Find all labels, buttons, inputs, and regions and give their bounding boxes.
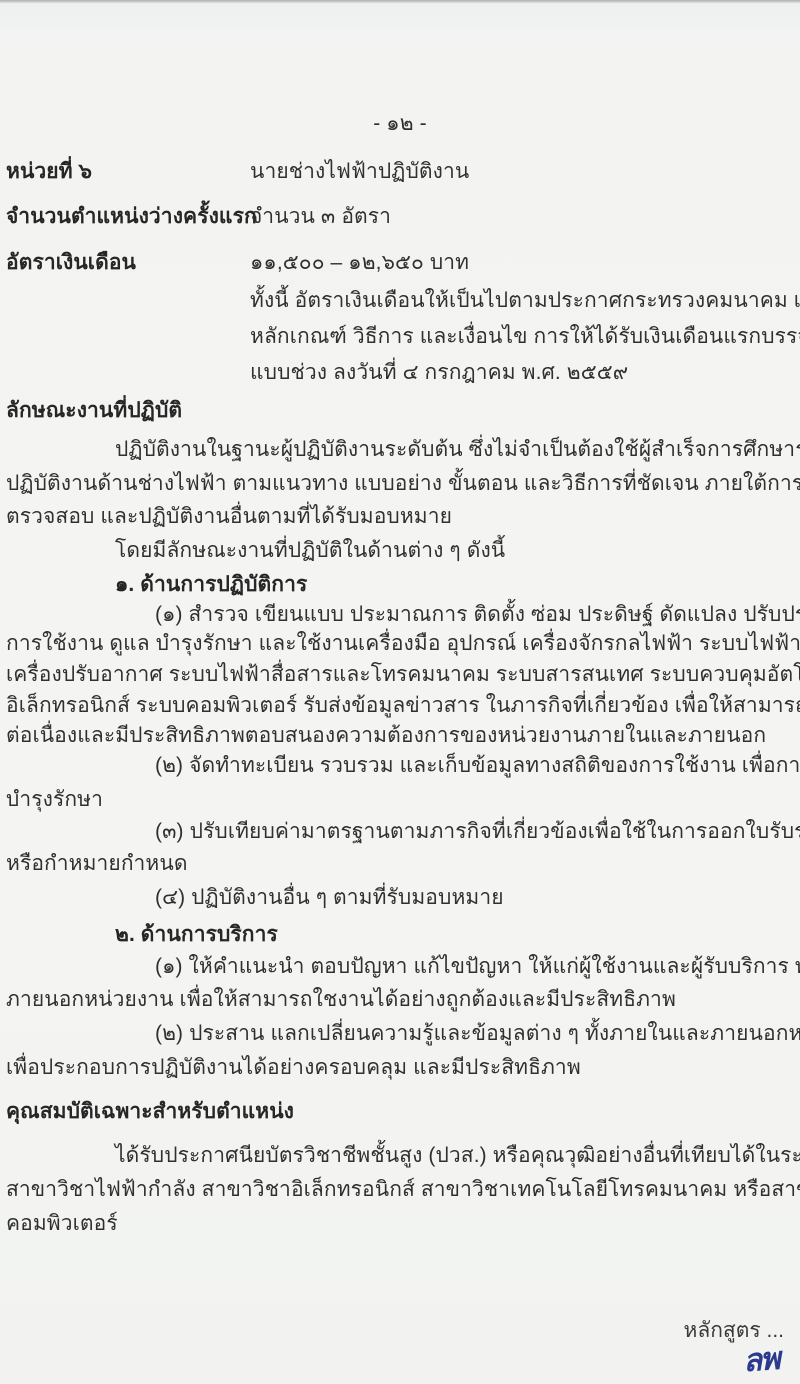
list-item-line: (๓) ปรับเทียบค่ามาตรฐานตามภารกิจที่เกี่ย… — [155, 818, 800, 846]
list-item-line: เพื่อประกอบการปฏิบัติงานได้อย่างครอบคลุม… — [6, 1054, 800, 1082]
list-item-line: ภายนอกหน่วยงาน เพื่อให้สามารถใชงานได้อย่… — [6, 986, 800, 1014]
list-item-line: (๑) ให้คำแนะนำ ตอบปัญหา แก้ไขปัญหา ให้แก… — [155, 953, 800, 981]
list-item-line: ต่อเนื่องและมีประสิทธิภาพตอบสนองความต้อง… — [6, 722, 800, 750]
scanned-document-page: - ๑๒ - หน่วยที่ ๖ นายช่างไฟฟ้าปฏิบัติงาน… — [0, 0, 800, 1384]
body-line: สาขาวิชาไฟฟ้ากำลัง สาขาวิชาอิเล็กทรอนิกส… — [6, 1176, 800, 1204]
position-title: นายช่างไฟฟ้าปฏิบัติงาน — [250, 158, 800, 186]
body-line: คอมพิวเตอร์ — [6, 1210, 800, 1238]
page-number: - ๑๒ - — [0, 110, 800, 138]
section-heading-job-description: ลักษณะงานที่ปฏิบัติ — [6, 397, 800, 425]
salary-note-line: แบบช่วง ลงวันที่ ๔ กรกฎาคม พ.ศ. ๒๕๕๙ — [250, 359, 800, 387]
list-item-line: อิเล็กทรอนิกส์ ระบบคอมพิวเตอร์ รับส่งข้อ… — [6, 692, 800, 720]
list-item-line: การใช้งาน ดูแล บำรุงรักษา และใช้งานเครื่… — [6, 630, 800, 658]
subsection-heading-operational: ๑. ด้านการปฏิบัติการ — [115, 571, 800, 599]
signature-initials: ลพ — [741, 1333, 780, 1384]
salary-note-line: ทั้งนี้ อัตราเงินเดือนให้เป็นไปตามประกาศ… — [250, 287, 800, 315]
body-line: โดยมีลักษณะงานที่ปฏิบัติในด้านต่าง ๆ ดัง… — [115, 537, 800, 565]
list-item-line: หรือกำหมายกำหนด — [6, 850, 800, 878]
body-line: ปฏิบัติงานด้านช่างไฟฟ้า ตามแนวทาง แบบอย่… — [6, 470, 800, 498]
subsection-heading-service: ๒. ด้านการบริการ — [115, 921, 800, 949]
salary-value: ๑๑,๕๐๐ – ๑๒,๖๕๐ บาท — [250, 249, 800, 277]
salary-note-line: หลักเกณฑ์ วิธีการ และเงื่อนไข การให้ได้ร… — [250, 323, 800, 351]
list-item-line: บำรุงรักษา — [6, 786, 800, 814]
vacancy-value: จำนวน ๓ อัตรา — [250, 203, 800, 231]
list-item-line: (๔) ปฏิบัติงานอื่น ๆ ตามที่รับมอบหมาย — [155, 884, 800, 912]
list-item-line: (๑) สำรวจ เขียนแบบ ประมาณการ ติดตั้ง ซ่อ… — [155, 601, 800, 629]
list-item-line: เครื่องปรับอากาศ ระบบไฟฟ้าสื่อสารและโทรค… — [6, 661, 800, 689]
body-line: ได้รับประกาศนียบัตรวิชาชีพชั้นสูง (ปวส.)… — [115, 1142, 800, 1170]
section-heading-qualifications: คุณสมบัติเฉพาะสำหรับตำแหน่ง — [6, 1098, 800, 1126]
list-item-line: (๒) ประสาน แลกเปลี่ยนความรู้และข้อมูลต่า… — [155, 1020, 800, 1048]
list-item-line: (๒) จัดทำทะเบียน รวบรวม และเก็บข้อมูลทาง… — [155, 752, 800, 780]
body-line: ปฏิบัติงานในฐานะผู้ปฏิบัติงานระดับต้น ซึ… — [115, 436, 800, 464]
body-line: ตรวจสอบ และปฏิบัติงานอื่นตามที่ได้รับมอบ… — [6, 503, 800, 531]
